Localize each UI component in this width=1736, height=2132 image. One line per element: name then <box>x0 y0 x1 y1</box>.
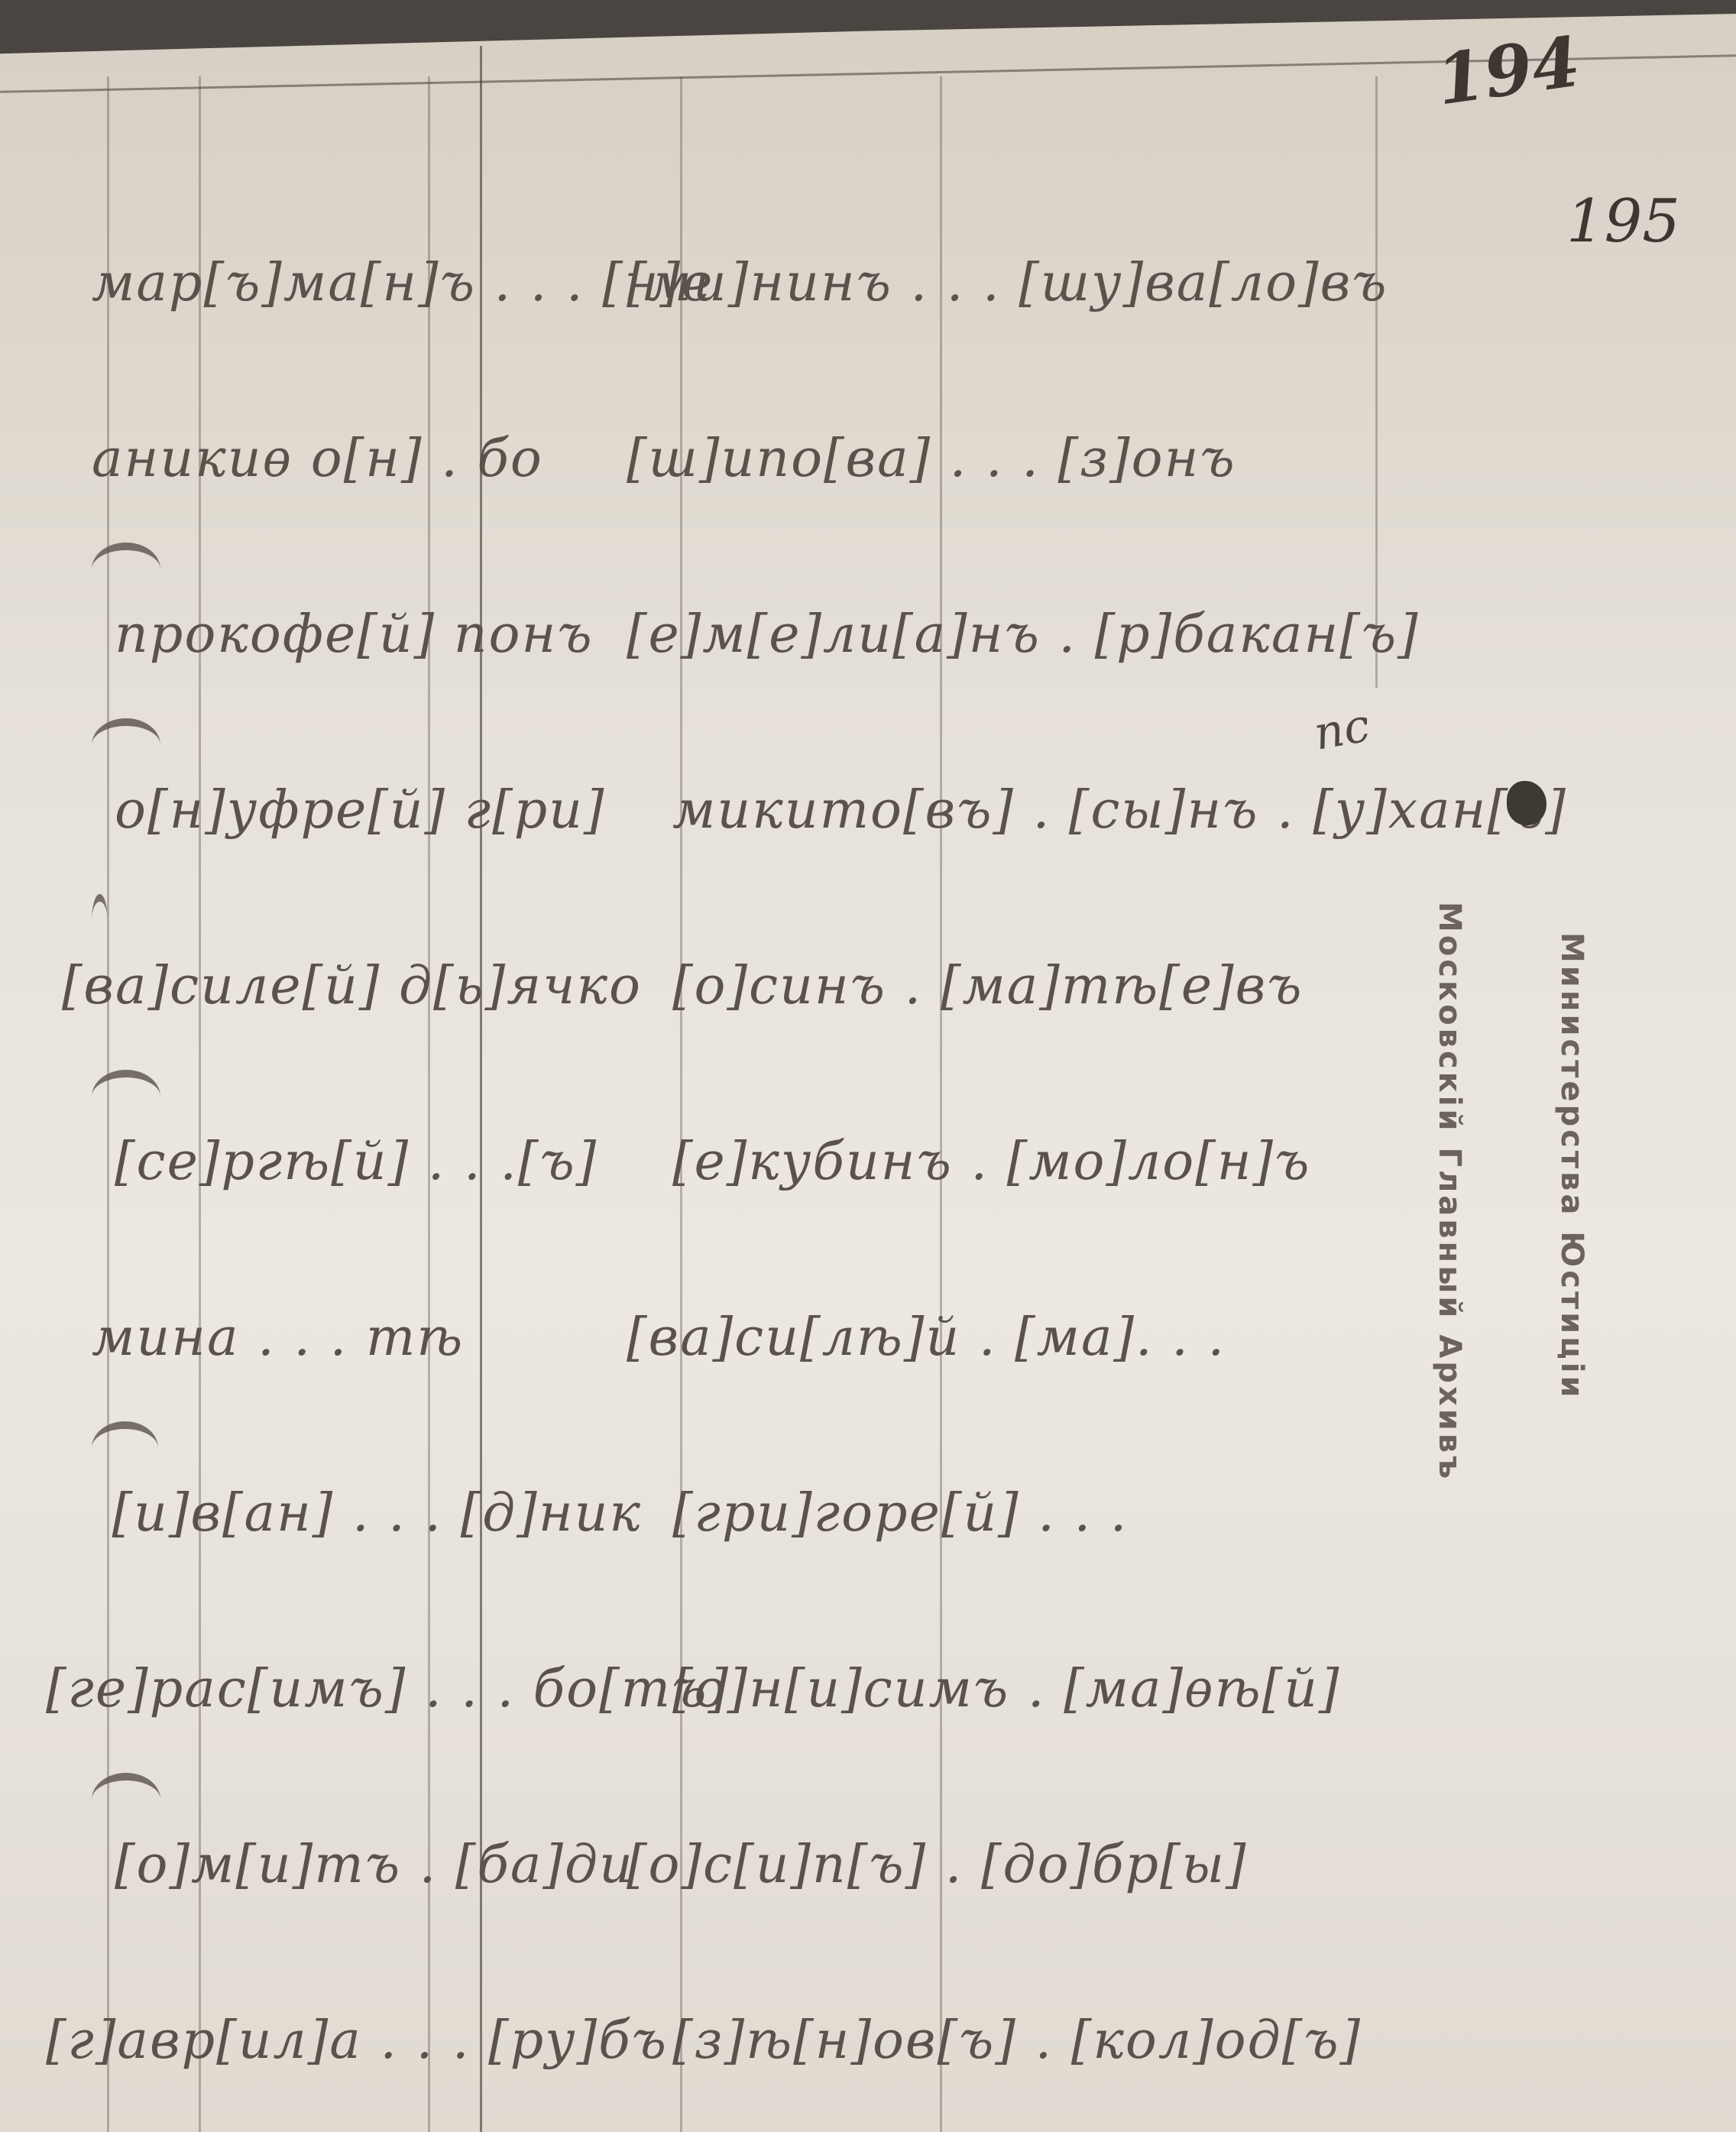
name-entry: аникиѳ о[н] . бо <box>92 329 642 504</box>
folio-number-new: 195 <box>1566 187 1680 256</box>
stamp-line-1: Московскій Главный Архивъ <box>1432 902 1467 1482</box>
titlo-mark-icon <box>92 1421 158 1475</box>
name-entry: микито[въ] . [сы]нъ . [у]хан[ъ] <box>672 680 1223 856</box>
entry-text: [ш]ипо[ва] . . . [з]онъ <box>627 429 1236 489</box>
entry-text: [о]с[и]п[ъ] . [до]бр[ы] <box>627 1835 1248 1895</box>
titlo-mark-icon <box>92 1773 160 1826</box>
entry-text: [се]ргѣ[й] . . .[ъ] <box>115 1132 598 1192</box>
entry-text: [о]м[и]тъ . [ба]ди <box>115 1835 634 1895</box>
name-entry: мина . . . тѣ <box>92 1207 642 1383</box>
name-entry: [гри]горе[й] . . . <box>672 1383 1223 1559</box>
folio-number-old: 194 <box>1432 21 1585 121</box>
ink-blot <box>1507 781 1547 825</box>
name-entry: о[н]уфре[й] г[ри] <box>92 680 642 856</box>
name-entry: мар[ъ]ма[н]ъ . . . [н]е <box>92 153 642 329</box>
name-entry: [г]авр[ил]а . . . [ру]бъ <box>92 1910 642 2086</box>
left-column-names: мар[ъ]ма[н]ъ . . . [н]е аникиѳ о[н] . бо… <box>92 153 642 2086</box>
vertical-rule <box>1375 76 1378 688</box>
entry-text: [ми]нинъ . . . [шу]ва[ло]въ <box>627 253 1388 313</box>
name-entry: [о]с[и]п[ъ] . [до]бр[ы] <box>672 1735 1223 1910</box>
name-entry: [се]ргѣ[й] . . .[ъ] <box>92 1032 642 1207</box>
titlo-mark-icon <box>92 718 160 772</box>
entry-text: [о]синъ . [ма]тѣ[е]въ <box>672 956 1304 1016</box>
name-entry: [з]ѣ[н]ов[ъ] . [кол]од[ъ] <box>672 1910 1223 2086</box>
manuscript-page: 194 195 мар[ъ]ма[н]ъ . . . [н]е аникиѳ о… <box>0 0 1736 2132</box>
entry-text: [ва]силе[й] д[ь]ячко <box>62 956 642 1016</box>
entry-text: [з]ѣ[н]ов[ъ] . [кол]од[ъ] <box>672 2010 1362 2071</box>
titlo-mark-icon <box>92 894 108 948</box>
entry-text: [е]м[е]ли[а]нъ . [р]бакан[ъ] <box>627 604 1420 665</box>
entry-text: мар[ъ]ма[н]ъ . . . [н]е <box>92 253 714 313</box>
entry-text: микито[въ] . [сы]нъ . [у]хан[ъ] <box>672 780 1567 841</box>
name-entry: [о]н[и]симъ . [ма]ѳѣ[й] <box>672 1559 1223 1735</box>
name-entry: [е]м[е]ли[а]нъ . [р]бакан[ъ] <box>672 504 1223 680</box>
name-entry: [и]в[ан] . . . [д]ник <box>92 1383 642 1559</box>
name-entry: [ш]ипо[ва] . . . [з]онъ <box>672 329 1223 504</box>
entry-text: [г]авр[ил]а . . . [ру]бъ <box>46 2010 668 2071</box>
name-entry: [ми]нинъ . . . [шу]ва[ло]въ <box>672 153 1223 329</box>
entry-text: прокофе[й] понъ <box>115 604 594 665</box>
entry-text: мина . . . тѣ <box>92 1307 464 1368</box>
entry-text: [ва]си[лѣ]й . [ма]. . . <box>627 1307 1226 1368</box>
name-entry: [е]кубинъ . [мо]ло[н]ъ <box>672 1032 1223 1207</box>
entry-text: [гри]горе[й] . . . <box>672 1483 1128 1544</box>
margin-note: пс <box>1310 698 1373 760</box>
entry-text: аникиѳ о[н] . бо <box>92 429 543 489</box>
name-entry: [о]синъ . [ма]тѣ[е]въ <box>672 856 1223 1032</box>
titlo-mark-icon <box>92 1070 160 1123</box>
stamp-line-2: Министерства Юстиціи <box>1554 932 1589 1401</box>
entry-text: [ге]рас[имъ] . . . бо[тъ] <box>46 1659 730 1719</box>
name-entry: [ва]силе[й] д[ь]ячко <box>92 856 642 1032</box>
entry-text: [е]кубинъ . [мо]ло[н]ъ <box>672 1132 1310 1192</box>
name-entry: [ге]рас[имъ] . . . бо[тъ] <box>92 1559 642 1735</box>
name-entry: прокофе[й] понъ <box>92 504 642 680</box>
entry-text: [о]н[и]симъ . [ма]ѳѣ[й] <box>672 1659 1340 1719</box>
entry-text: [и]в[ан] . . . [д]ник <box>112 1483 642 1544</box>
archive-stamp: Московскій Главный Архивъ Министерства Ю… <box>1375 879 1605 1337</box>
name-entry: [ва]си[лѣ]й . [ма]. . . <box>672 1207 1223 1383</box>
titlo-mark-icon <box>92 543 160 596</box>
name-entry: [о]м[и]тъ . [ба]ди <box>92 1735 642 1910</box>
right-column-names: [ми]нинъ . . . [шу]ва[ло]въ [ш]ипо[ва] .… <box>672 153 1223 2086</box>
entry-text: о[н]уфре[й] г[ри] <box>115 780 605 841</box>
